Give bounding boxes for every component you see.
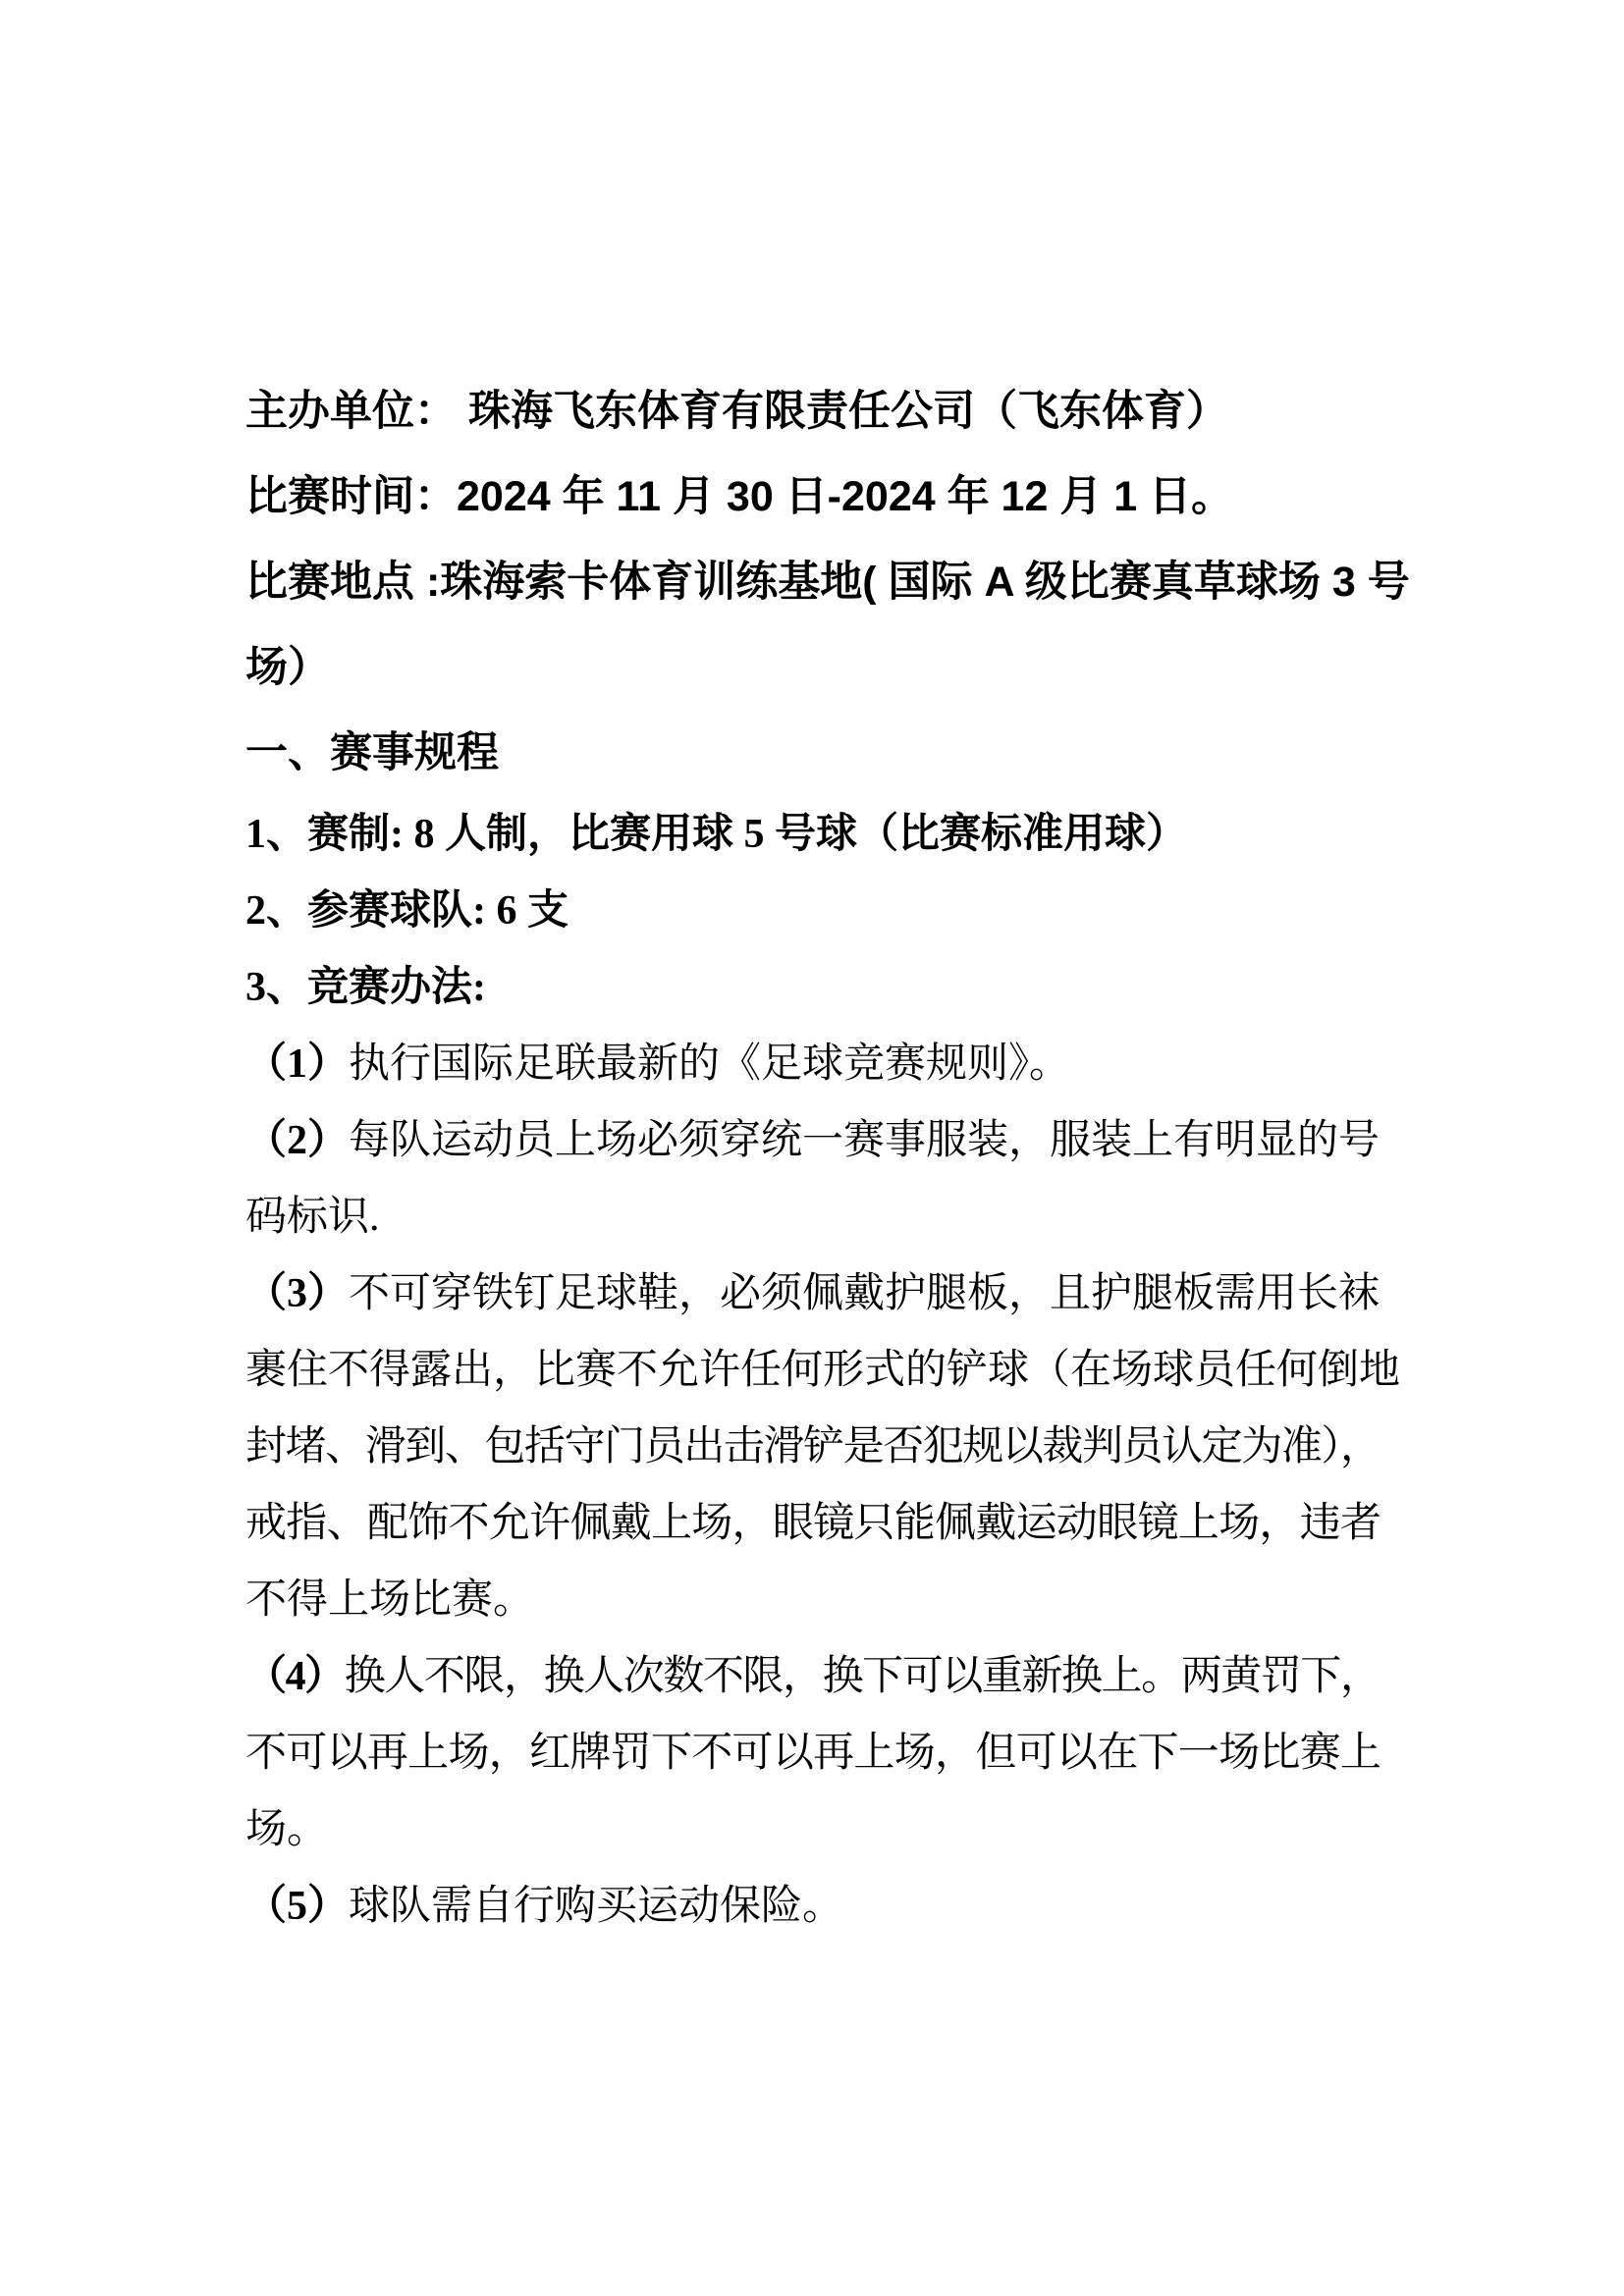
method-3-line-1: （3）不可穿铁钉足球鞋，必须佩戴护腿板，且护腿板需用长袜 [245, 1255, 1379, 1332]
method-item-2: （2）每队运动员上场必须穿统一赛事服装，服装上有明显的号 码标识. [245, 1102, 1379, 1255]
method-3-number: （3） [245, 1271, 349, 1316]
method-item-3: （3）不可穿铁钉足球鞋，必须佩戴护腿板，且护腿板需用长袜 裹住不得露出，比赛不允… [245, 1255, 1379, 1638]
rule-item-2: 2、参赛球队: 6 支 [245, 873, 1379, 949]
method-3-line-5: 不得上场比赛。 [245, 1562, 1379, 1638]
method-4-line-3: 场。 [245, 1791, 1379, 1868]
method-5-number: （5） [245, 1884, 349, 1929]
method-3-line-4: 戒指、配饰不允许佩戴上场，眼镜只能佩戴运动眼镜上场，违者 [245, 1485, 1379, 1562]
method-5-text-1: 球队需自行购买运动保险。 [349, 1884, 843, 1929]
method-item-4: （4）换人不限，换人次数不限，换下可以重新换上。两黄罚下， 不可以再上场，红牌罚… [245, 1638, 1379, 1868]
method-item-5: （5）球队需自行购买运动保险。 [245, 1868, 1379, 1945]
method-item-1: （1）执行国际足联最新的《足球竞赛规则》。 [245, 1026, 1379, 1102]
method-4-line-2: 不可以再上场，红牌罚下不可以再上场，但可以在下一场比赛上 [245, 1715, 1379, 1791]
method-2-line-1: （2）每队运动员上场必须穿统一赛事服装，服装上有明显的号 [245, 1102, 1379, 1179]
method-4-line-1: （4）换人不限，换人次数不限，换下可以重新换上。两黄罚下， [245, 1638, 1379, 1715]
section-heading: 一、赛事规程 [245, 711, 1379, 796]
rule-item-1: 1、赛制: 8 人制，比赛用球 5 号球（比赛标准用球） [245, 796, 1379, 873]
method-2-text-1: 每队运动员上场必须穿统一赛事服装，服装上有明显的号 [349, 1118, 1380, 1163]
method-3-text-1: 不可穿铁钉足球鞋，必须佩戴护腿板，且护腿板需用长袜 [349, 1271, 1380, 1316]
venue-line-1: 比赛地点 :珠海索卡体育训练基地( 国际 A 级比赛真草球场 3 号 [245, 540, 1379, 625]
rule-item-3: 3、竞赛办法: [245, 949, 1379, 1026]
method-2-line-2: 码标识. [245, 1179, 1379, 1255]
method-1-number: （1） [245, 1041, 349, 1087]
method-1-text-1: 执行国际足联最新的《足球竞赛规则》。 [349, 1041, 1070, 1087]
method-3-line-3: 封堵、滑到、包括守门员出击滑铲是否犯规以裁判员认定为准）， [245, 1409, 1379, 1485]
method-5-line-1: （5）球队需自行购买运动保险。 [245, 1868, 1379, 1945]
method-1-line-1: （1）执行国际足联最新的《足球竞赛规则》。 [245, 1026, 1379, 1102]
method-3-line-2: 裹住不得露出，比赛不允许任何形式的铲球（在场球员任何倒地 [245, 1332, 1379, 1409]
method-4-number: （4） [245, 1654, 345, 1699]
organizer-line: 主办单位： 珠海飞东体育有限责任公司（飞东体育） [245, 369, 1379, 454]
method-4-text-1: 换人不限，换人次数不限，换下可以重新换上。两黄罚下， [345, 1654, 1379, 1699]
venue-line-2: 场） [245, 625, 1379, 711]
document-page: 主办单位： 珠海飞东体育有限责任公司（飞东体育） 比赛时间：2024 年 11 … [0, 0, 1624, 2296]
document-content: 主办单位： 珠海飞东体育有限责任公司（飞东体育） 比赛时间：2024 年 11 … [245, 369, 1379, 1945]
schedule-line: 比赛时间：2024 年 11 月 30 日-2024 年 12 月 1 日。 [245, 454, 1379, 540]
method-2-number: （2） [245, 1118, 349, 1163]
